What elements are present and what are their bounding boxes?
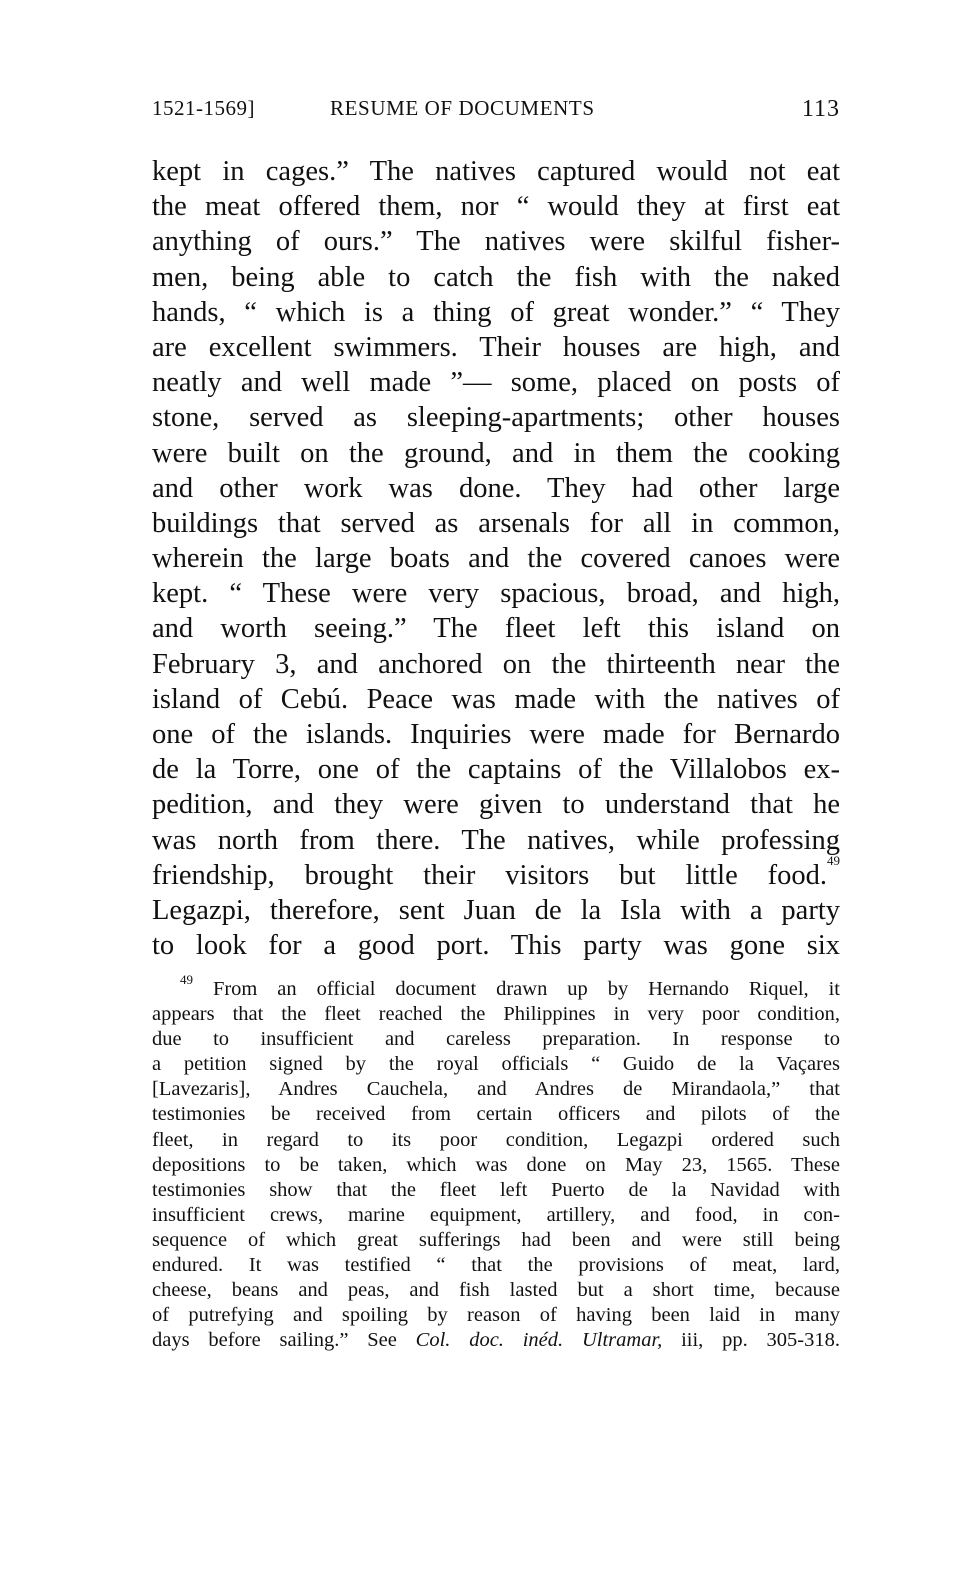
text-line: and worth seeing.” The fleet left this i…	[152, 611, 840, 646]
text-line: wherein the large boats and the covered …	[152, 541, 840, 576]
footnote-line: testimonies show that the fleet left Pue…	[152, 1178, 840, 1203]
main-text: kept in cages.” The natives captured wou…	[152, 154, 840, 963]
text-line: neatly and well made ”— some, placed on …	[152, 365, 840, 400]
footnote-line: depositions to be taken, which was done …	[152, 1153, 840, 1178]
text-line: one of the islands. Inquiries were made …	[152, 717, 840, 752]
footnote-line: appears that the fleet reached the Phili…	[152, 1002, 840, 1027]
text-line: the meat offered them, nor “ would they …	[152, 189, 840, 224]
footnote-line: insufficient crews, marine equipment, ar…	[152, 1203, 840, 1228]
text-line-with-footnote-ref: friendship, brought their visitors but l…	[152, 858, 840, 893]
footnote-line: cheese, beans and peas, and fish lasted …	[152, 1278, 840, 1303]
text-line: buildings that served as arsenals for al…	[152, 506, 840, 541]
footnote-line: testimonies be received from certain off…	[152, 1102, 840, 1127]
page-number: 113	[802, 96, 840, 123]
text-line: February 3, and anchored on the thirteen…	[152, 647, 840, 682]
footnote-line: sequence of which great sufferings had b…	[152, 1228, 840, 1253]
text-line: are excellent swimmers. Their houses are…	[152, 330, 840, 365]
text-line: anything of ours.” The natives were skil…	[152, 224, 840, 259]
footnote-line-last: days before sailing.” See Col. doc. inéd…	[152, 1328, 840, 1353]
footnote-line: [Lavezaris], Andres Cauchela, and Andres…	[152, 1077, 840, 1102]
footnote-marker: 49	[180, 972, 193, 987]
footnote-reference-49[interactable]: 49	[827, 853, 840, 868]
footnote-line: a petition signed by the royal officials…	[152, 1052, 840, 1077]
text-line: kept in cages.” The natives captured wou…	[152, 154, 840, 189]
text-line: to look for a good port. This party was …	[152, 928, 840, 963]
text-line: island of Cebú. Peace was made with the …	[152, 682, 840, 717]
text-line: were built on the ground, and in them th…	[152, 436, 840, 471]
text-line: was north from there. The natives, while…	[152, 823, 840, 858]
footnote-line: 49 From an official document drawn up by…	[152, 977, 840, 1002]
text-line: stone, served as sleeping-apartments; ot…	[152, 400, 840, 435]
text-line: de la Torre, one of the captains of the …	[152, 752, 840, 787]
running-head-date-range: 1521-1569]	[152, 96, 255, 121]
text-line: kept. “ These were very spacious, broad,…	[152, 576, 840, 611]
text-line: and other work was done. They had other …	[152, 471, 840, 506]
text-line: Legazpi, therefore, sent Juan de la Isla…	[152, 893, 840, 928]
text-line: pedition, and they were given to underst…	[152, 787, 840, 822]
footnote-49: 49 From an official document drawn up by…	[152, 977, 840, 1353]
footnote-line: of putrefying and spoiling by reason of …	[152, 1303, 840, 1328]
text-line: hands, “ which is a thing of great wonde…	[152, 295, 840, 330]
footnote-line: due to insufficient and careless prepara…	[152, 1027, 840, 1052]
running-head: 1521-1569] RESUME OF DOCUMENTS 113	[152, 96, 840, 128]
footnote-line: endured. It was testified “ that the pro…	[152, 1253, 840, 1278]
citation-title: Col. doc. inéd. Ultramar,	[416, 1329, 663, 1351]
footnote-line: fleet, in regard to its poor condition, …	[152, 1128, 840, 1153]
running-head-title: RESUME OF DOCUMENTS	[330, 96, 595, 121]
text-line: men, being able to catch the fish with t…	[152, 260, 840, 295]
